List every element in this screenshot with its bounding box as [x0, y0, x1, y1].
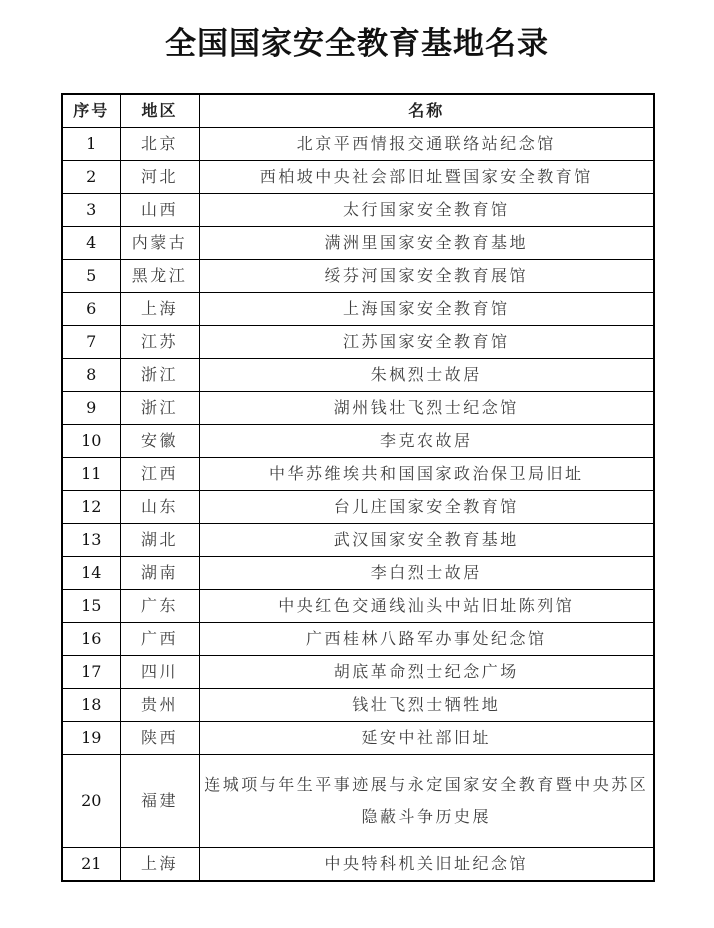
name-cell: 武汉国家安全教育基地	[199, 524, 654, 557]
index-cell: 10	[62, 425, 120, 458]
region-cell: 广东	[120, 590, 199, 623]
region-cell: 湖南	[120, 557, 199, 590]
name-cell: 太行国家安全教育馆	[199, 194, 654, 227]
column-header-name: 名称	[199, 94, 654, 128]
table-row: 3 山西 太行国家安全教育馆	[62, 194, 654, 227]
table-row: 7 江苏 江苏国家安全教育馆	[62, 326, 654, 359]
table-row: 20 福建 连城项与年生平事迹展与永定国家安全教育暨中央苏区隐蔽斗争历史展	[62, 755, 654, 848]
name-cell: 北京平西情报交通联络站纪念馆	[199, 128, 654, 161]
region-cell: 内蒙古	[120, 227, 199, 260]
index-cell: 15	[62, 590, 120, 623]
table-row: 6 上海 上海国家安全教育馆	[62, 293, 654, 326]
name-cell: 李克农故居	[199, 425, 654, 458]
region-cell: 福建	[120, 755, 199, 848]
index-cell: 11	[62, 458, 120, 491]
region-cell: 河北	[120, 161, 199, 194]
region-cell: 四川	[120, 656, 199, 689]
table-row: 16 广西 广西桂林八路军办事处纪念馆	[62, 623, 654, 656]
table-row: 15 广东 中央红色交通线汕头中站旧址陈列馆	[62, 590, 654, 623]
index-cell: 16	[62, 623, 120, 656]
index-cell: 8	[62, 359, 120, 392]
table-row: 1 北京 北京平西情报交通联络站纪念馆	[62, 128, 654, 161]
region-cell: 江苏	[120, 326, 199, 359]
name-cell: 中央特科机关旧址纪念馆	[199, 848, 654, 882]
table-row: 4 内蒙古 满洲里国家安全教育基地	[62, 227, 654, 260]
index-cell: 9	[62, 392, 120, 425]
index-cell: 2	[62, 161, 120, 194]
table-row: 13 湖北 武汉国家安全教育基地	[62, 524, 654, 557]
region-cell: 黑龙江	[120, 260, 199, 293]
region-cell: 浙江	[120, 359, 199, 392]
name-cell: 中华苏维埃共和国国家政治保卫局旧址	[199, 458, 654, 491]
table-row: 11 江西 中华苏维埃共和国国家政治保卫局旧址	[62, 458, 654, 491]
index-cell: 21	[62, 848, 120, 882]
index-cell: 14	[62, 557, 120, 590]
index-cell: 1	[62, 128, 120, 161]
table-row: 2 河北 西柏坡中央社会部旧址暨国家安全教育馆	[62, 161, 654, 194]
region-cell: 上海	[120, 293, 199, 326]
name-cell: 绥芬河国家安全教育展馆	[199, 260, 654, 293]
region-cell: 山东	[120, 491, 199, 524]
region-cell: 安徽	[120, 425, 199, 458]
name-cell: 满洲里国家安全教育基地	[199, 227, 654, 260]
region-cell: 北京	[120, 128, 199, 161]
index-cell: 17	[62, 656, 120, 689]
region-cell: 上海	[120, 848, 199, 882]
index-cell: 19	[62, 722, 120, 755]
table-row: 5 黑龙江 绥芬河国家安全教育展馆	[62, 260, 654, 293]
index-cell: 5	[62, 260, 120, 293]
table-row: 18 贵州 钱壮飞烈士牺牲地	[62, 689, 654, 722]
name-cell: 中央红色交通线汕头中站旧址陈列馆	[199, 590, 654, 623]
name-cell: 胡底革命烈士纪念广场	[199, 656, 654, 689]
region-cell: 广西	[120, 623, 199, 656]
region-cell: 江西	[120, 458, 199, 491]
table-row: 8 浙江 朱枫烈士故居	[62, 359, 654, 392]
index-cell: 20	[62, 755, 120, 848]
document-page: 全国国家安全教育基地名录 序号 地区 名称 1 北京 北京平西情报交通联络站纪念…	[0, 0, 714, 928]
column-header-no: 序号	[62, 94, 120, 128]
column-header-region: 地区	[120, 94, 199, 128]
index-cell: 7	[62, 326, 120, 359]
index-cell: 4	[62, 227, 120, 260]
name-cell: 延安中社部旧址	[199, 722, 654, 755]
name-cell: 西柏坡中央社会部旧址暨国家安全教育馆	[199, 161, 654, 194]
name-cell: 钱壮飞烈士牺牲地	[199, 689, 654, 722]
name-cell: 广西桂林八路军办事处纪念馆	[199, 623, 654, 656]
name-cell: 江苏国家安全教育馆	[199, 326, 654, 359]
index-cell: 3	[62, 194, 120, 227]
region-cell: 浙江	[120, 392, 199, 425]
name-cell: 台儿庄国家安全教育馆	[199, 491, 654, 524]
table-row: 12 山东 台儿庄国家安全教育馆	[62, 491, 654, 524]
region-cell: 山西	[120, 194, 199, 227]
base-directory-table: 序号 地区 名称 1 北京 北京平西情报交通联络站纪念馆 2 河北 西柏坡中央社…	[61, 93, 655, 882]
name-cell: 连城项与年生平事迹展与永定国家安全教育暨中央苏区隐蔽斗争历史展	[199, 755, 654, 848]
table-row: 19 陕西 延安中社部旧址	[62, 722, 654, 755]
table-row: 17 四川 胡底革命烈士纪念广场	[62, 656, 654, 689]
table-row: 21 上海 中央特科机关旧址纪念馆	[62, 848, 654, 882]
table-row: 10 安徽 李克农故居	[62, 425, 654, 458]
index-cell: 6	[62, 293, 120, 326]
index-cell: 18	[62, 689, 120, 722]
region-cell: 陕西	[120, 722, 199, 755]
page-title: 全国国家安全教育基地名录	[0, 24, 714, 64]
region-cell: 湖北	[120, 524, 199, 557]
table-row: 14 湖南 李白烈士故居	[62, 557, 654, 590]
name-cell: 朱枫烈士故居	[199, 359, 654, 392]
index-cell: 13	[62, 524, 120, 557]
index-cell: 12	[62, 491, 120, 524]
name-cell: 上海国家安全教育馆	[199, 293, 654, 326]
table-row: 9 浙江 湖州钱壮飞烈士纪念馆	[62, 392, 654, 425]
name-cell: 湖州钱壮飞烈士纪念馆	[199, 392, 654, 425]
name-cell: 李白烈士故居	[199, 557, 654, 590]
table-header-row: 序号 地区 名称	[62, 94, 654, 128]
region-cell: 贵州	[120, 689, 199, 722]
